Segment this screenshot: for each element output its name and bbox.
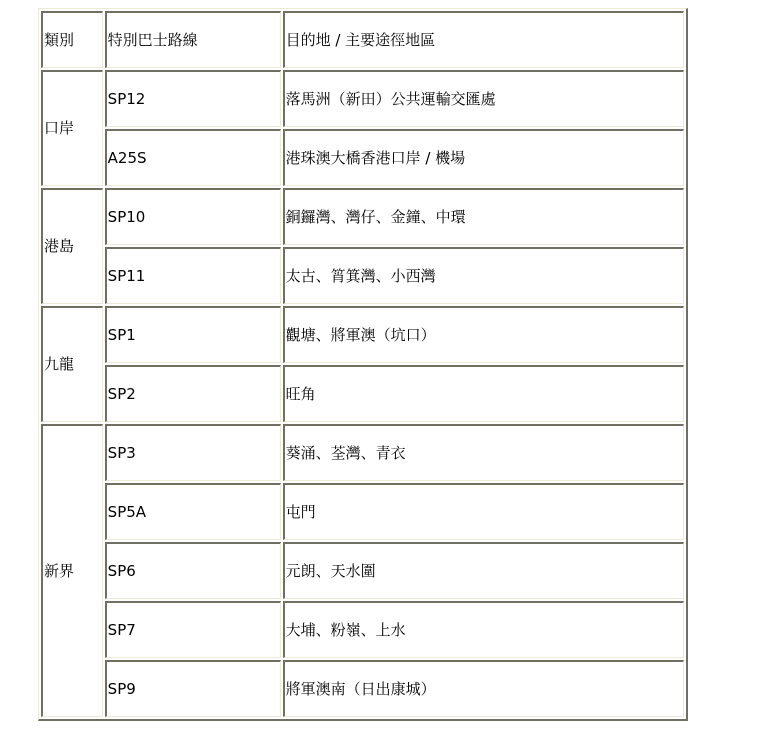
route-cell: SP11 [105, 247, 281, 304]
table-row: 口岸 SP12 落馬洲（新田）公共運輸交匯處 [41, 70, 684, 127]
category-cell-new-territories: 新界 [41, 424, 103, 717]
table-row: 新界 SP3 葵涌、荃灣、青衣 [41, 424, 684, 481]
category-cell-boundary: 口岸 [41, 70, 103, 186]
destination-cell: 葵涌、荃灣、青衣 [283, 424, 684, 481]
destination-cell: 屯門 [283, 483, 684, 540]
table-row: SP6 元朗、天水圍 [41, 542, 684, 599]
special-bus-route-table: 類別 特別巴士路線 目的地 / 主要途徑地區 口岸 SP12 落馬洲（新田）公共… [38, 8, 688, 721]
header-destination: 目的地 / 主要途徑地區 [283, 11, 684, 68]
destination-cell: 元朗、天水圍 [283, 542, 684, 599]
destination-cell: 大埔、粉嶺、上水 [283, 601, 684, 658]
destination-cell: 銅鑼灣、灣仔、金鐘、中環 [283, 188, 684, 245]
table-row: A25S 港珠澳大橋香港口岸 / 機場 [41, 129, 684, 186]
route-cell: SP5A [105, 483, 281, 540]
header-route: 特別巴士路線 [105, 11, 281, 68]
table-row: SP7 大埔、粉嶺、上水 [41, 601, 684, 658]
category-cell-kowloon: 九龍 [41, 306, 103, 422]
route-cell: SP9 [105, 660, 281, 717]
route-cell: SP12 [105, 70, 281, 127]
destination-cell: 將軍澳南（日出康城） [283, 660, 684, 717]
route-cell: SP7 [105, 601, 281, 658]
destination-cell: 太古、筲箕灣、小西灣 [283, 247, 684, 304]
route-cell: SP1 [105, 306, 281, 363]
route-cell: SP3 [105, 424, 281, 481]
table-row: SP5A 屯門 [41, 483, 684, 540]
route-cell: SP10 [105, 188, 281, 245]
destination-cell: 旺角 [283, 365, 684, 422]
category-cell-hk-island: 港島 [41, 188, 103, 304]
table-row: 九龍 SP1 觀塘、將軍澳（坑口） [41, 306, 684, 363]
table-row: SP11 太古、筲箕灣、小西灣 [41, 247, 684, 304]
route-cell: A25S [105, 129, 281, 186]
table-row: SP2 旺角 [41, 365, 684, 422]
table-header-row: 類別 特別巴士路線 目的地 / 主要途徑地區 [41, 11, 684, 68]
destination-cell: 港珠澳大橋香港口岸 / 機場 [283, 129, 684, 186]
table-row: SP9 將軍澳南（日出康城） [41, 660, 684, 717]
route-cell: SP6 [105, 542, 281, 599]
table-row: 港島 SP10 銅鑼灣、灣仔、金鐘、中環 [41, 188, 684, 245]
destination-cell: 觀塘、將軍澳（坑口） [283, 306, 684, 363]
destination-cell: 落馬洲（新田）公共運輸交匯處 [283, 70, 684, 127]
header-category: 類別 [41, 11, 103, 68]
route-cell: SP2 [105, 365, 281, 422]
